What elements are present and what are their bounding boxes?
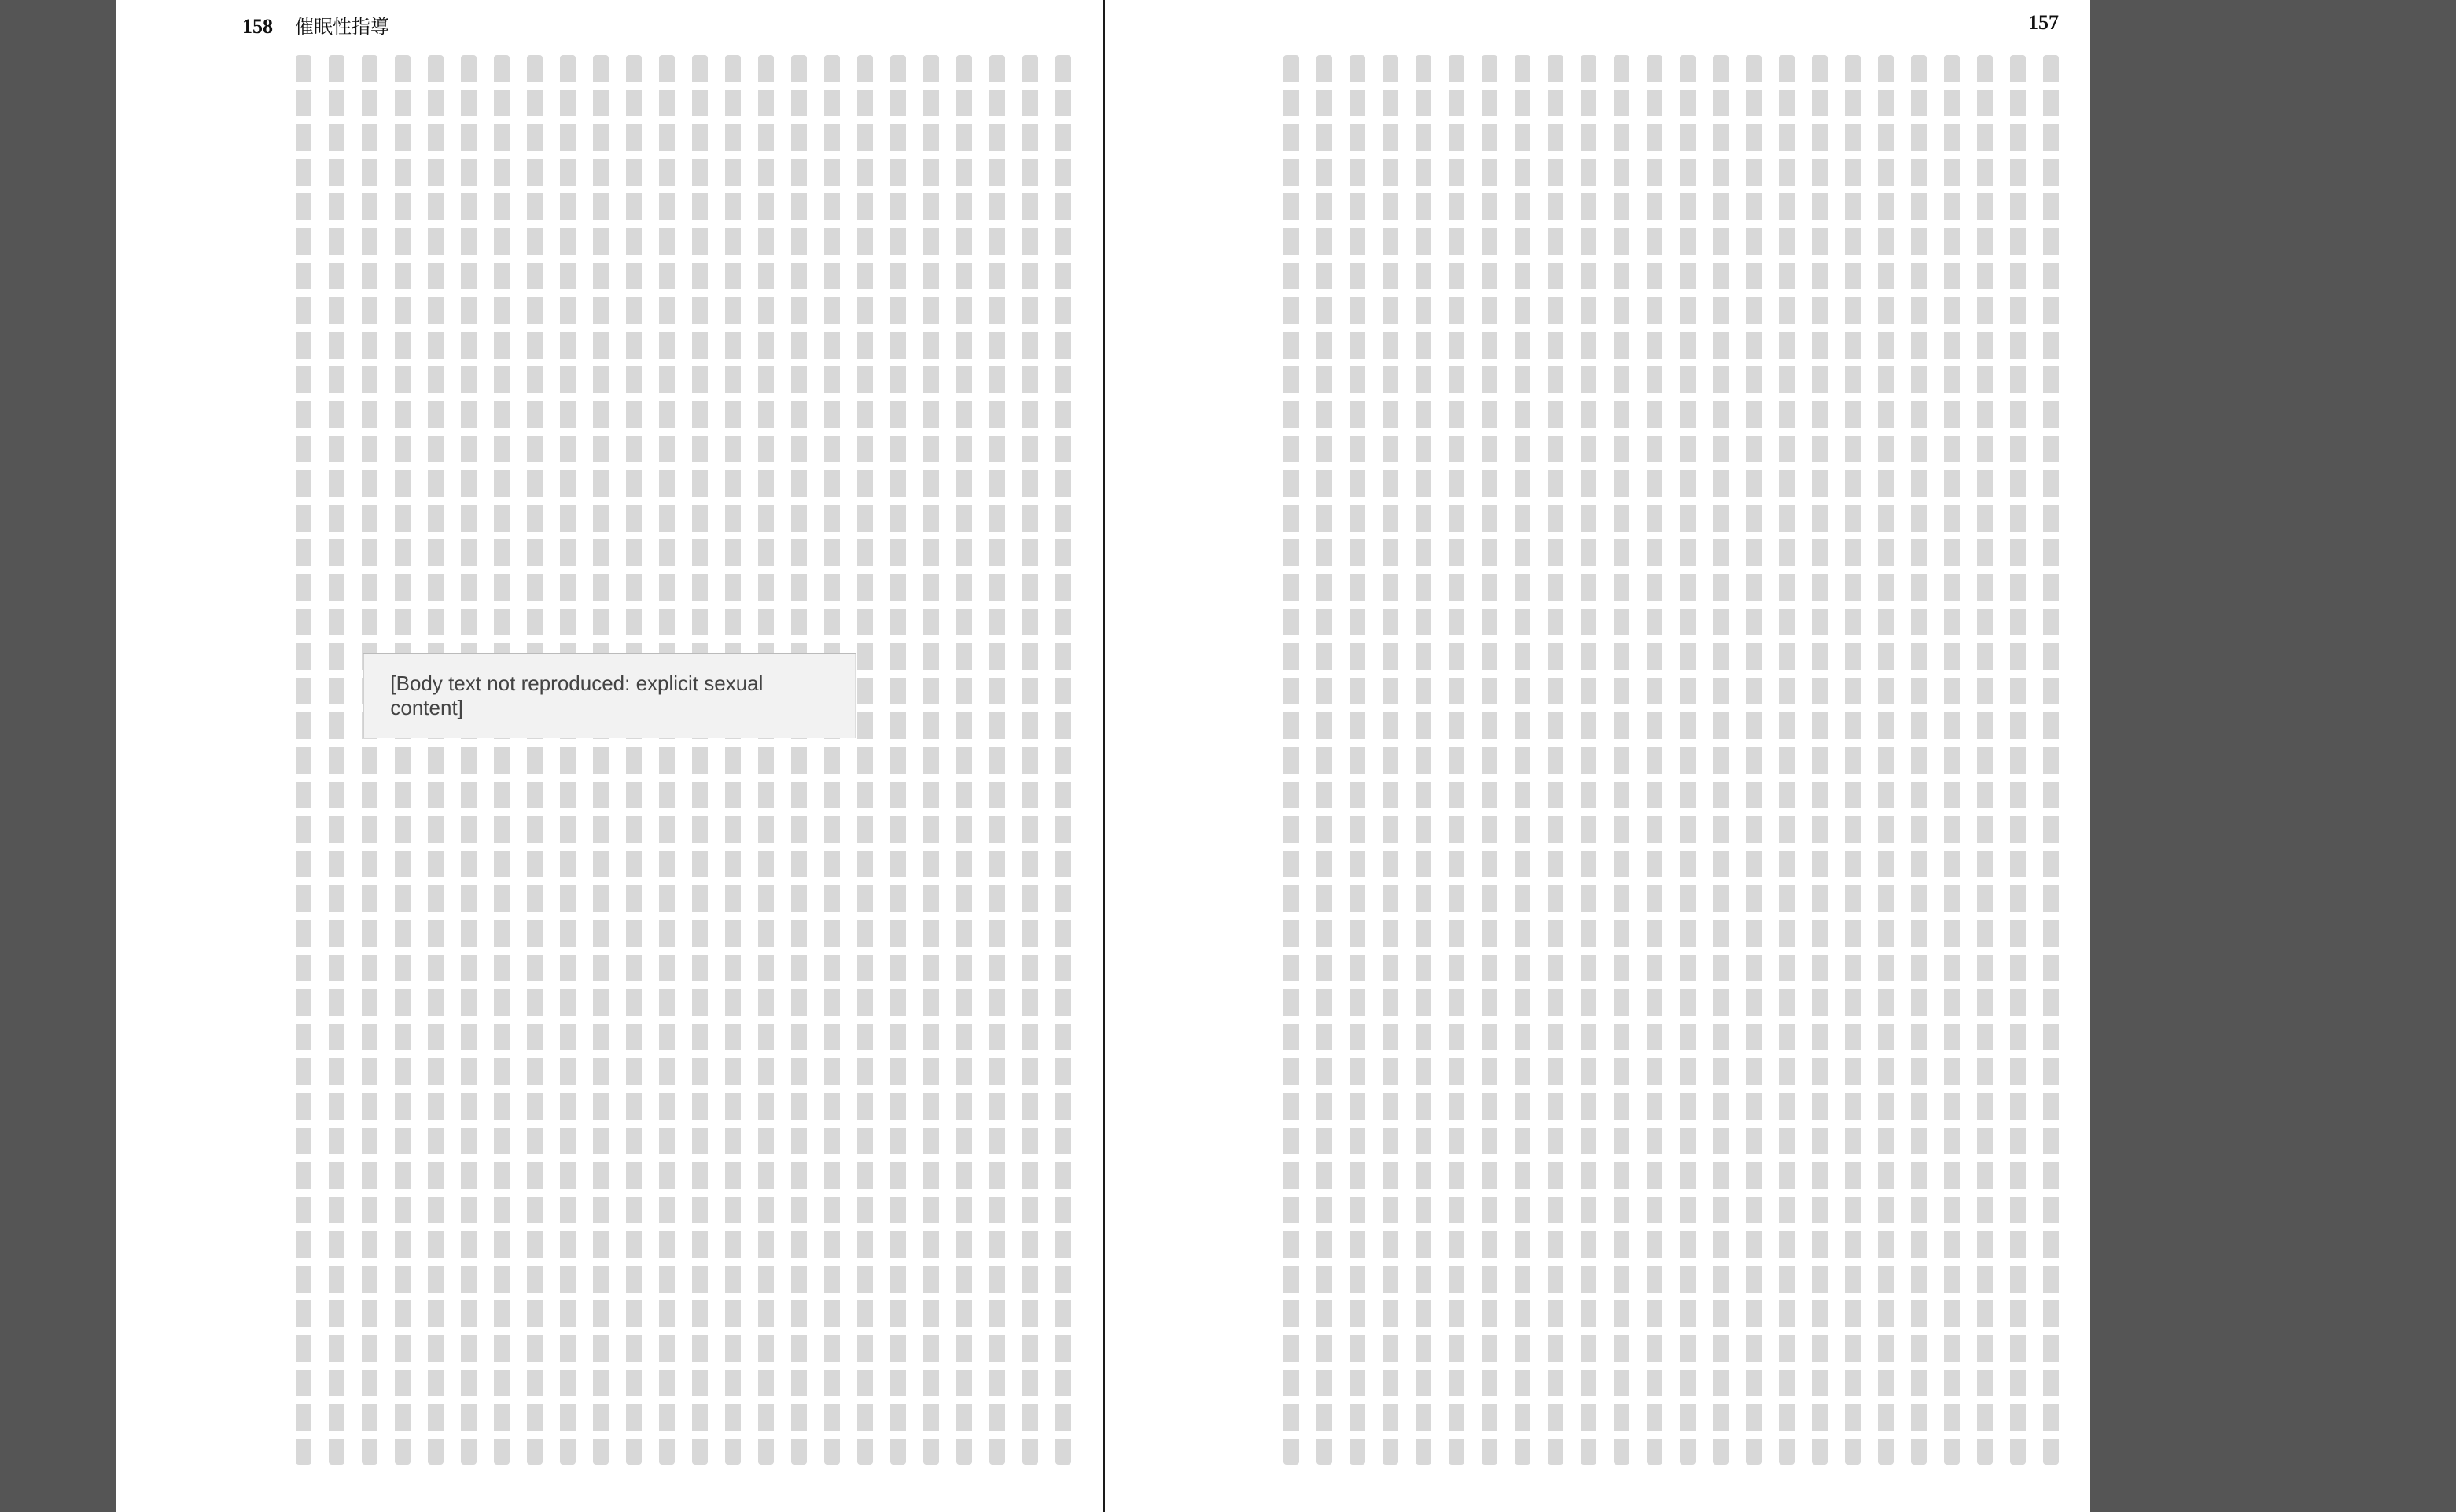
redacted-text-column (593, 55, 609, 1465)
redacted-text-column (1581, 55, 1596, 1465)
redacted-text-column (1812, 55, 1828, 1465)
redacted-text-column (1283, 55, 1299, 1465)
redacted-text-column (527, 55, 543, 1465)
book-spread: 158 催眠性指導 [Body text not reproduced: exp… (116, 0, 2090, 1512)
redacted-text-column (1647, 55, 1662, 1465)
redacted-text-column (560, 55, 576, 1465)
redacted-text-column (758, 55, 774, 1465)
text-columns-right (1136, 55, 2060, 1465)
redacted-text-column (857, 55, 873, 1465)
redacted-text-column (1911, 55, 1927, 1465)
redacted-text-column (2010, 55, 2026, 1465)
redacted-text-column (1383, 55, 1398, 1465)
text-columns-left (211, 55, 1071, 1465)
redacted-text-column (428, 55, 444, 1465)
redacted-text-column (923, 55, 939, 1465)
redacted-text-column (461, 55, 477, 1465)
redacted-text-column (1316, 55, 1332, 1465)
page-right: 157 (1105, 0, 2091, 1512)
redacted-text-column (626, 55, 642, 1465)
redacted-text-column (1680, 55, 1696, 1465)
redaction-note: [Body text not reproduced: explicit sexu… (363, 653, 856, 738)
redacted-text-column (1878, 55, 1894, 1465)
redacted-text-column (1614, 55, 1629, 1465)
redacted-text-column (2043, 55, 2059, 1465)
redacted-text-column (1944, 55, 1960, 1465)
redacted-text-column (692, 55, 708, 1465)
redacted-text-column (1022, 55, 1038, 1465)
redacted-text-column (824, 55, 840, 1465)
redacted-text-column (1713, 55, 1729, 1465)
redacted-text-column (1416, 55, 1431, 1465)
running-head-title: 催眠性指導 (295, 11, 389, 39)
redacted-text-column (362, 55, 377, 1465)
redacted-text-column (989, 55, 1005, 1465)
redacted-text-column (1515, 55, 1530, 1465)
redacted-text-column (1055, 55, 1071, 1465)
running-head-left: 158 催眠性指導 (242, 11, 389, 39)
running-head-right: 157 (2028, 11, 2059, 35)
redacted-text-column (1977, 55, 1993, 1465)
redacted-text-column (890, 55, 906, 1465)
redacted-text-column (956, 55, 972, 1465)
redacted-text-column (1845, 55, 1861, 1465)
page-number-left: 158 (242, 15, 273, 39)
redacted-text-column (395, 55, 411, 1465)
page-left: 158 催眠性指導 [Body text not reproduced: exp… (116, 0, 1103, 1512)
redacted-text-column (1350, 55, 1365, 1465)
redacted-text-column (1548, 55, 1563, 1465)
page-number-right: 157 (2028, 11, 2059, 35)
redacted-text-column (296, 55, 311, 1465)
redacted-text-column (1746, 55, 1762, 1465)
redacted-text-column (659, 55, 675, 1465)
redacted-text-column (725, 55, 741, 1465)
redacted-text-column (494, 55, 510, 1465)
redacted-text-column (1449, 55, 1464, 1465)
redacted-text-column (329, 55, 344, 1465)
redacted-text-column (1779, 55, 1795, 1465)
redacted-text-column (791, 55, 807, 1465)
redacted-text-column (1482, 55, 1497, 1465)
